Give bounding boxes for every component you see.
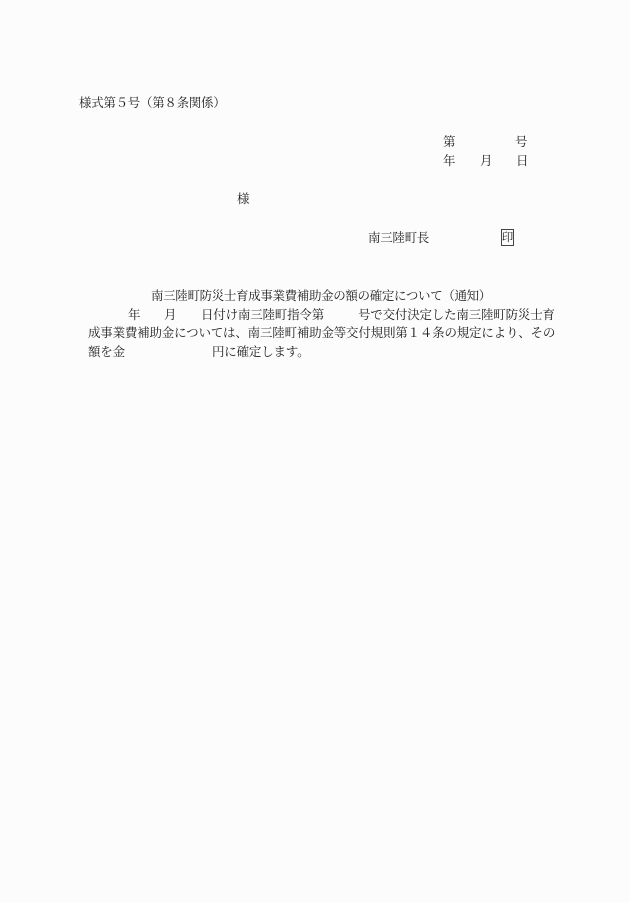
document-number-prefix: 第 [443, 136, 456, 149]
date-month-label: 月 [480, 155, 493, 168]
body-date-day-text: 日付け南三陸町指令第 [201, 309, 324, 322]
body-amount-prefix: 額を金 [88, 346, 125, 359]
date-day-label: 日 [516, 155, 529, 168]
form-number-label: 様式第５号（第８条関係） [79, 97, 225, 110]
notice-title: 南三陸町防災士育成事業費補助金の額の確定について（通知） [151, 290, 491, 303]
date-year-label: 年 [443, 155, 456, 168]
sender-title: 南三陸町長 [368, 232, 429, 245]
recipient-honorific: 様 [237, 193, 250, 206]
body-date-year: 年 [128, 309, 140, 322]
body-date-month: 月 [164, 309, 176, 322]
body-amount-suffix: 円に確定します。 [212, 346, 309, 359]
document-number-suffix: 号 [515, 136, 528, 149]
body-line-2: 成事業費補助金については、南三陸町補助金等交付規則第１４条の規定により、その [88, 327, 555, 340]
body-number-text: 号で交付決定した南三陸町防災士育 [358, 309, 555, 322]
seal-stamp-icon: 印 [501, 229, 514, 246]
